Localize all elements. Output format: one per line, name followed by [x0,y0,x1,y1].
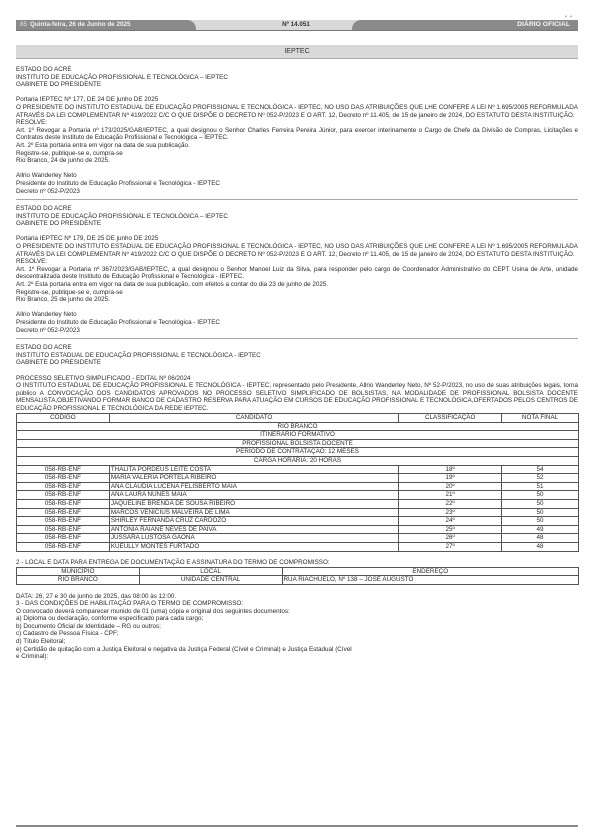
table-banner-cell: PROFISSIONAL BOLSISTA DOCENTE [17,439,579,448]
candidate-code: 058-RB-ENF [17,491,110,500]
candidate-code: 058-RB-ENF [17,465,110,474]
header-date-block: 85Quinta-feira, 26 de Junho de 2025 [16,20,196,30]
table-banner-row: PERÍODO DE CONTRATAÇÃO: 12 MESES [17,448,579,457]
signer-name: Allrio Wanderley Neto [16,172,578,180]
candidate-rank: 18º [399,465,502,474]
delivery-table: MUNICÍPIO LOCAL ENDEREÇO RIO BRANCO UNID… [16,567,579,585]
signer-decree: Decreto nº 052-P/2023 [16,327,578,335]
candidate-rank: 20º [399,482,502,491]
table-row: 058-RB-ENFKUEULLY MONTES FURTADO27º48 [17,542,579,551]
candidate-name: THALITA PORDEUS LEITE COSTA [109,465,398,474]
signer-role: Presidente do Instituto de Educação Prof… [16,319,578,327]
candidate-code: 058-RB-ENF [17,542,110,551]
act-portaria-177: ESTADO DO ACRE INSTITUTO DE EDUCAÇÃO PRO… [16,66,578,195]
candidate-code: 058-RB-ENF [17,534,110,543]
candidate-score: 51 [502,482,579,491]
candidate-score: 52 [502,474,579,483]
column-header-municipality: MUNICÍPIO [17,567,140,576]
header-divider [16,30,578,31]
signer-decree: Decreto nº 052-P/2023 [16,188,578,196]
act-portaria-179: ESTADO DO ACRE INSTITUTO DE EDUCAÇÃO PRO… [16,205,578,334]
act-resolve: RESOLVE: [16,119,578,127]
conditions-title: 3 - DAS CONDIÇÕES DE HABILITAÇÃO PARA O … [16,600,578,608]
org-line: GABINETE DO PRESIDENTE [16,359,578,367]
table-row: 058-RB-ENFSHIRLEY FERNANDA CRUZ CARDOZO2… [17,517,579,526]
org-line: ESTADO DO ACRE [16,66,578,74]
table-row: 058-RB-ENFJUSSARA LUSTOSA GAONA26º48 [17,534,579,543]
candidate-rank: 23º [399,508,502,517]
page-header: 85Quinta-feira, 26 de Junho de 2025 Nº 1… [16,20,578,30]
table-banner-row: RIO BRANCO [17,422,579,431]
table-banner-row: ITINERÁRIO FORMATIVO [17,431,579,440]
condition-item: a) Diploma ou declaração, conforme espec… [16,615,578,623]
column-header-score: NOTA FINAL [502,414,579,423]
candidates-table: RIO BRANCOITINERÁRIO FORMATIVOPROFISSION… [16,413,579,552]
candidate-name: JAQUELINE BRENDA DE SOUSA RIBEIRO [109,499,398,508]
candidate-name: JUSSARA LUSTOSA GAONA [109,534,398,543]
candidate-name: SHIRLEY FERNANDA CRUZ CARDOZO [109,517,398,526]
candidate-code: 058-RB-ENF [17,508,110,517]
table-banner-cell: PERÍODO DE CONTRATAÇÃO: 12 MESES [17,448,579,457]
table-row: 058-RB-ENFANA LAURA NUNES MAIA21º50 [17,491,579,500]
candidate-rank: 22º [399,499,502,508]
candidate-name: MARIA VALERIA PORTELA RIBEIRO [109,474,398,483]
candidate-name: ANTONIA RAIANE NEVES DE PAIVA [109,525,398,534]
table-banner-cell: RIO BRANCO [17,422,579,431]
column-header-rank: CLASSIFICAÇÃO [399,414,502,423]
signer-name: Allrio Wanderley Neto [16,311,578,319]
candidate-rank: 25º [399,525,502,534]
table-banner-cell: ITINERÁRIO FORMATIVO [17,431,579,440]
table-row: 058-RB-ENFMARCOS VENICIUS MALVEIRA DE LI… [17,508,579,517]
conditions-list: a) Diploma ou declaração, conforme espec… [16,615,578,661]
edition-number: Nº 14.051 [231,20,361,30]
candidate-score: 50 [502,517,579,526]
column-header-address: ENDEREÇO [282,567,579,576]
delivery-location: UNIDADE CENTRAL [139,576,282,585]
act-article-2: Art. 2º Esta portaria entra em vigor na … [16,281,578,289]
candidate-score: 50 [502,499,579,508]
candidate-name: ANA CLÁUDIA LUCENA FELISBERTO MAIA [109,482,398,491]
table-banner-row: PROFISSIONAL BOLSISTA DOCENTE [17,439,579,448]
candidate-score: 48 [502,542,579,551]
section-title: IEPTEC [16,45,578,59]
act-preamble: O PRESIDENTE DO INSTITUTO ESTADUAL DE ED… [16,104,578,119]
act-closing: Registre-se, publique-se e, cumpra-se [16,150,578,158]
act-article-1: Art. 1º Revogar a Portaria nº 173/2025/G… [16,127,578,142]
candidate-rank: 27º [399,542,502,551]
column-header-candidate: CANDIDATO [109,414,398,423]
condition-item: e) Certidão de quitação com a Justiça El… [16,646,578,654]
candidate-code: 058-RB-ENF [17,474,110,483]
act-resolve: RESOLVE: [16,258,578,266]
act-separator [16,199,578,200]
header-date: Quinta-feira, 26 de Junho de 2025 [30,21,130,28]
selection-process-notice: ESTADO DO ACRE INSTITUTO ESTADUAL DE EDU… [16,344,578,661]
act-preamble: O PRESIDENTE DO INSTITUTO ESTADUAL DE ED… [16,243,578,258]
table-row: 058-RB-ENFTHALITA PORDEUS LEITE COSTA18º… [17,465,579,474]
act-place-date: Rio Branco, 24 de junho de 2025. [16,157,578,165]
candidate-rank: 26º [399,534,502,543]
condition-item: b) Documento Oficial de Identidade – RG … [16,623,578,631]
candidate-score: 50 [502,491,579,500]
table-row: 058-RB-ENFANTONIA RAIANE NEVES DE PAIVA2… [17,525,579,534]
candidate-code: 058-RB-ENF [17,517,110,526]
candidate-score: 49 [502,525,579,534]
candidate-score: 54 [502,465,579,474]
condition-item: e Criminal): [16,653,578,661]
table-row: 058-RB-ENFANA CLÁUDIA LUCENA FELISBERTO … [17,482,579,491]
candidate-code: 058-RB-ENF [17,499,110,508]
org-line: INSTITUTO ESTADUAL DE EDUCAÇÃO PROFISSIO… [16,352,578,360]
org-line: ESTADO DO ACRE [16,344,578,352]
org-line: INSTITUTO DE EDUCAÇÃO PROFISSIONAL E TEC… [16,74,578,82]
org-line: INSTITUTO DE EDUCAÇÃO PROFISSIONAL E TEC… [16,213,578,221]
conditions-intro: O convocado deverá comparecer munido de … [16,608,578,616]
delivery-header-row: MUNICÍPIO LOCAL ENDEREÇO [17,567,579,576]
act-closing: Registre-se, publique-se e, cumpra-se [16,289,578,297]
page-bottom-divider [16,825,578,827]
candidate-name: KUEULLY MONTES FURTADO [109,542,398,551]
candidate-code: 058-RB-ENF [17,482,110,491]
candidate-rank: 24º [399,517,502,526]
org-line: GABINETE DO PRESIDENTE [16,220,578,228]
table-banner-row: CARGA HORÁRIA: 20 HORAS [17,457,579,466]
delivery-municipality: RIO BRANCO [17,576,140,585]
document-body: ESTADO DO ACRE INSTITUTO DE EDUCAÇÃO PRO… [16,66,578,661]
candidate-rank: 19º [399,474,502,483]
act-place-date: Rio Branco, 25 de junho de 2025. [16,296,578,304]
delivery-row: RIO BRANCO UNIDADE CENTRAL RUA RIACHUELO… [17,576,579,585]
candidate-score: 50 [502,508,579,517]
page-number: 85 [20,21,27,28]
condition-item: c) Cadastro de Pessoa Física - CPF; [16,630,578,638]
table-row: 058-RB-ENFJAQUELINE BRENDA DE SOUSA RIBE… [17,499,579,508]
org-line: GABINETE DO PRESIDENTE [16,81,578,89]
delivery-date: DATA: 26, 27 e 30 de junho de 2025, das … [16,593,578,601]
delivery-title: 2 - LOCAL E DATA PARA ENTREGA DE DOCUMEN… [16,559,578,567]
column-header-location: LOCAL [139,567,282,576]
act-title: Portaria IEPTEC Nº 177, DE 24 DE junho D… [16,96,578,104]
act-separator [16,338,578,339]
act-article-1: Art. 1º Revogar a Portaria nº 367/2023/G… [16,266,578,281]
act-title: Portaria IEPTEC Nº 179, DE 25 DE junho D… [16,235,578,243]
org-line: ESTADO DO ACRE [16,205,578,213]
table-banner-cell: CARGA HORÁRIA: 20 HORAS [17,457,579,466]
candidate-code: 058-RB-ENF [17,525,110,534]
condition-item: d) Título Eleitoral; [16,638,578,646]
publication-name: DIÁRIO OFICIAL [352,20,578,30]
delivery-address: RUA RIACHUELO, Nº 138 – JOSÉ AUGUSTO [282,576,579,585]
candidate-score: 48 [502,534,579,543]
column-header-code: CÓDIGO [17,414,110,423]
table-row: 058-RB-ENFMARIA VALERIA PORTELA RIBEIRO1… [17,474,579,483]
candidate-name: ANA LAURA NUNES MAIA [109,491,398,500]
candidates-header-row: CÓDIGO CANDIDATO CLASSIFICAÇÃO NOTA FINA… [17,414,579,423]
candidate-name: MARCOS VENICIUS MALVEIRA DE LIMA [109,508,398,517]
act-article-2: Art. 2º Esta portaria entra em vigor na … [16,142,578,150]
signer-role: Presidente do Instituto de Educação Prof… [16,180,578,188]
notice-intro: O INSTITUTO ESTADUAL DE EDUCAÇÃO PROFISS… [16,382,578,412]
candidate-rank: 21º [399,491,502,500]
